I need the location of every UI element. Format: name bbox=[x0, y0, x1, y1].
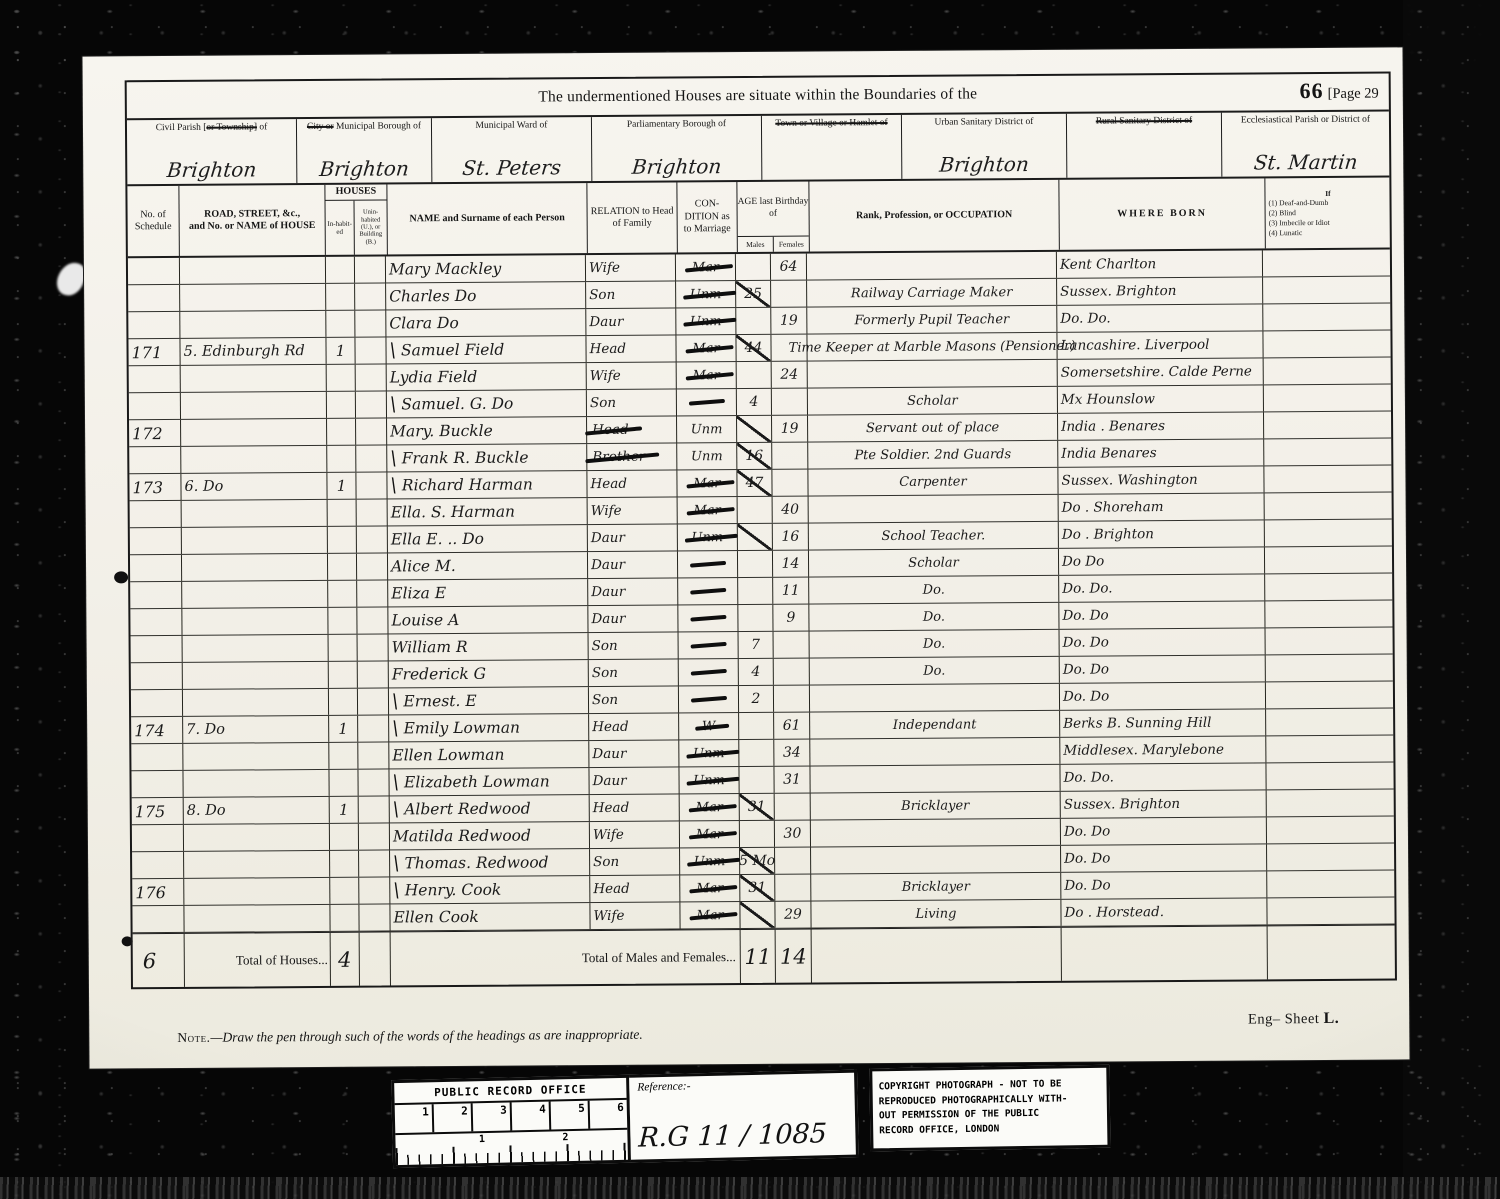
boundary-header-cell: Civil Parish [or Township] ofBrighton bbox=[127, 119, 297, 184]
cell-relation: Son bbox=[589, 659, 679, 686]
cell-age-female bbox=[774, 686, 810, 712]
cell-infirmity bbox=[1266, 681, 1393, 708]
col-header-age: AGE last Birthday of Males Females bbox=[737, 182, 809, 253]
cell-uninhabited bbox=[356, 473, 387, 499]
cell-name: Ellen Cook bbox=[390, 903, 590, 930]
cell-uninhabited bbox=[357, 607, 388, 633]
cell-condition bbox=[678, 605, 738, 631]
cell-schedule: 173 bbox=[129, 474, 181, 500]
cell-inhabited: 1 bbox=[329, 716, 358, 742]
page-number: [Page 29 bbox=[1328, 86, 1379, 102]
col-header-occupation: Rank, Profession, or OCCUPATION bbox=[809, 180, 1059, 252]
condition-strike-mark bbox=[690, 642, 726, 649]
cell-schedule bbox=[128, 285, 180, 311]
cell-infirmity bbox=[1266, 654, 1393, 681]
folio-number: 66[Page 29 bbox=[1300, 78, 1379, 105]
footer-row: Note.—Draw the pen through such of the w… bbox=[131, 1010, 1391, 1047]
cell-uninhabited bbox=[356, 446, 387, 472]
cell-name: \Ernest. E bbox=[389, 687, 589, 714]
boundary-label: Parliamentary Borough of bbox=[592, 119, 761, 132]
cell-uninhabited bbox=[355, 257, 386, 283]
household-separator-mark: \ bbox=[391, 798, 401, 821]
cell-where-born: Do. Do. bbox=[1060, 763, 1266, 790]
cell-schedule bbox=[132, 906, 184, 932]
boundary-label: Ecclesiastical Parish or District of bbox=[1222, 115, 1389, 128]
col-header-condition: CON- DITION as to Marriage bbox=[677, 182, 737, 252]
reference-stamp: Reference:- R.G 11 / 1085 bbox=[629, 1070, 859, 1163]
cell-infirmity bbox=[1265, 573, 1392, 600]
cell-age-female: 34 bbox=[774, 740, 810, 766]
cell-name: Matilda Redwood bbox=[390, 822, 590, 849]
cell-uninhabited bbox=[356, 392, 387, 418]
cell-age-male: 7 bbox=[739, 632, 774, 658]
cell-inhabited bbox=[327, 419, 356, 445]
cell-inhabited bbox=[328, 608, 357, 634]
reference-label: Reference:- bbox=[629, 1073, 854, 1094]
cell-age-female: 29 bbox=[775, 902, 811, 928]
cell-age-male bbox=[737, 416, 772, 442]
cell-relation: Son bbox=[586, 281, 676, 308]
cell-relation: Daur bbox=[588, 605, 678, 632]
cell-relation: Brother bbox=[587, 443, 677, 470]
cell-occupation: Servant out of place bbox=[808, 414, 1058, 442]
cell-road bbox=[181, 446, 327, 473]
cell-schedule bbox=[129, 447, 181, 473]
cell-schedule bbox=[129, 393, 181, 419]
cell-age-male: 4 bbox=[737, 389, 772, 415]
cell-schedule: 175 bbox=[132, 798, 184, 824]
cell-schedule bbox=[130, 501, 182, 527]
cell-relation: Daur bbox=[588, 524, 678, 551]
cell-inhabited bbox=[329, 743, 358, 769]
cell-road bbox=[184, 905, 330, 932]
household-separator-mark: \ bbox=[390, 717, 400, 740]
cell-uninhabited bbox=[358, 769, 389, 795]
public-record-office-stamp: PUBLIC RECORD OFFICE 123456 1 2 bbox=[391, 1075, 631, 1168]
cell-schedule bbox=[128, 312, 180, 338]
cell-where-born: Sussex. Brighton bbox=[1057, 277, 1263, 304]
cell-occupation bbox=[810, 765, 1060, 793]
cell-condition: Unm bbox=[678, 524, 738, 550]
cell-age-male: 31 bbox=[740, 875, 775, 901]
cell-age-male bbox=[736, 254, 771, 280]
boundary-value-handwritten: Brighton bbox=[296, 156, 432, 181]
cell-occupation: Railway Carriage Maker bbox=[807, 279, 1057, 307]
cell-age-male: 44 bbox=[736, 335, 771, 361]
cell-occupation: Formerly Pupil Teacher bbox=[807, 306, 1057, 334]
cell-where-born: Do. Do bbox=[1061, 871, 1267, 898]
boundary-header-cell: Municipal Ward ofSt. Peters bbox=[432, 117, 592, 182]
cell-age-female: 30 bbox=[775, 821, 811, 847]
cell-infirmity bbox=[1266, 735, 1393, 762]
cell-inhabited bbox=[327, 365, 356, 391]
cell-occupation: Living bbox=[811, 900, 1061, 928]
cell-name: Eliza E bbox=[388, 579, 588, 606]
cell-road: 6. Do bbox=[181, 473, 327, 500]
cell-occupation bbox=[811, 819, 1061, 847]
cell-schedule: 171 bbox=[128, 339, 180, 365]
cell-infirmity bbox=[1265, 546, 1392, 573]
cell-age-female bbox=[774, 632, 810, 658]
cell-schedule bbox=[130, 555, 182, 581]
cell-name: \Thomas. Redwood bbox=[390, 849, 590, 876]
cell-condition: Unm bbox=[679, 740, 739, 766]
cell-uninhabited bbox=[359, 904, 390, 930]
cell-road bbox=[181, 419, 327, 446]
cell-relation: Son bbox=[589, 632, 679, 659]
cell-occupation: Scholar bbox=[809, 549, 1059, 577]
cell-name: \Frank R. Buckle bbox=[387, 444, 587, 471]
totals-houses-label: Total of Houses... bbox=[185, 933, 331, 987]
cell-age-male bbox=[740, 821, 775, 847]
cell-name: \Samuel Field bbox=[386, 336, 586, 363]
cell-infirmity bbox=[1265, 519, 1392, 546]
cell-uninhabited bbox=[356, 365, 387, 391]
cell-inhabited bbox=[327, 392, 356, 418]
cell-name: Ella. S. Harman bbox=[388, 498, 588, 525]
cell-uninhabited bbox=[356, 419, 387, 445]
cell-road bbox=[183, 689, 329, 716]
cell-condition bbox=[678, 578, 738, 604]
cell-age-male bbox=[738, 524, 773, 550]
condition-strike-mark bbox=[690, 588, 726, 595]
cell-schedule bbox=[132, 825, 184, 851]
boundary-label: Civil Parish [or Township] of bbox=[127, 122, 296, 135]
cell-road bbox=[183, 743, 329, 770]
cell-age-male bbox=[738, 497, 773, 523]
copyright-stamp: COPYRIGHT PHOTOGRAPH - NOT TO BEREPRODUC… bbox=[869, 1065, 1110, 1152]
household-separator-mark: \ bbox=[392, 879, 402, 902]
cell-uninhabited bbox=[355, 338, 386, 364]
household-separator-mark: \ bbox=[391, 852, 401, 875]
cell-schedule bbox=[130, 582, 182, 608]
hole-punch bbox=[114, 571, 128, 583]
cell-name: \Samuel. G. Do bbox=[387, 390, 587, 417]
totals-houses-value: 4 bbox=[331, 933, 360, 986]
cell-uninhabited bbox=[357, 527, 388, 553]
cell-condition: Unm bbox=[677, 443, 737, 469]
cell-name: Alice M. bbox=[388, 552, 588, 579]
cell-condition: Unm bbox=[676, 281, 736, 307]
cell-road: 5. Edinburgh Rd bbox=[180, 338, 326, 365]
cell-where-born: Somersetshire. Calde Perne bbox=[1058, 358, 1264, 385]
cell-schedule bbox=[131, 771, 183, 797]
cell-relation: Daur bbox=[589, 740, 679, 767]
cell-condition: Mar bbox=[680, 875, 740, 901]
cell-road bbox=[180, 257, 326, 284]
cell-condition bbox=[679, 659, 739, 685]
condition-strike-mark bbox=[688, 399, 724, 406]
cell-schedule bbox=[128, 258, 180, 284]
cell-where-born: Do . Brighton bbox=[1059, 520, 1265, 547]
cell-relation: Head bbox=[587, 470, 677, 497]
col-header-name: NAME and Surname of each Person bbox=[387, 183, 587, 254]
cell-infirmity bbox=[1264, 384, 1391, 411]
cell-occupation: Do. bbox=[810, 630, 1060, 658]
cell-schedule: 172 bbox=[129, 420, 181, 446]
cell-relation: Wife bbox=[586, 254, 676, 281]
cell-road bbox=[184, 824, 330, 851]
cell-name: Mary Mackley bbox=[386, 255, 586, 282]
cell-road bbox=[183, 770, 329, 797]
cell-where-born: Do. Do bbox=[1061, 817, 1267, 844]
boundary-value-handwritten: Brighton bbox=[591, 154, 762, 179]
cell-condition: Mar bbox=[677, 470, 737, 496]
cell-uninhabited bbox=[358, 742, 389, 768]
cell-age-female: 61 bbox=[774, 713, 810, 739]
form-title: The undermentioned Houses are situate wi… bbox=[127, 83, 1389, 110]
scan-edge-bottom-grain bbox=[0, 1177, 1500, 1199]
cell-road bbox=[180, 284, 326, 311]
cell-relation: Head bbox=[590, 794, 680, 821]
cell-where-born: Middlesex. Marylebone bbox=[1060, 736, 1266, 763]
boundary-header-cell: Ecclesiastical Parish or District ofSt. … bbox=[1222, 112, 1389, 177]
cell-schedule bbox=[131, 744, 183, 770]
census-form: The undermentioned Houses are situate wi… bbox=[125, 71, 1397, 989]
cell-road bbox=[180, 311, 326, 338]
cell-name: Mary. Buckle bbox=[387, 417, 587, 444]
cell-occupation bbox=[807, 252, 1057, 280]
cell-infirmity bbox=[1266, 762, 1393, 789]
boundary-value-handwritten: St. Martin bbox=[1221, 149, 1390, 174]
cell-relation: Head bbox=[590, 875, 680, 902]
cell-age-male: 2 bbox=[739, 686, 774, 712]
cell-age-female: 31 bbox=[774, 767, 810, 793]
cell-infirmity bbox=[1266, 627, 1393, 654]
cell-name: Clara Do bbox=[386, 309, 586, 336]
boundary-value-handwritten bbox=[1067, 175, 1221, 176]
cell-condition: Unm bbox=[677, 416, 737, 442]
cell-age-male: 25 bbox=[736, 281, 771, 307]
boundary-header-cell: Parliamentary Borough ofBrighton bbox=[592, 116, 762, 181]
footnote: Note.—Draw the pen through such of the w… bbox=[177, 1027, 642, 1046]
cell-name: \Elizabeth Lowman bbox=[389, 768, 589, 795]
totals-row: 6 Total of Houses... 4 Total of Males an… bbox=[133, 924, 1395, 987]
cell-condition: Mar bbox=[680, 794, 740, 820]
cell-where-born: Do. Do. bbox=[1057, 304, 1263, 331]
cell-inhabited bbox=[328, 500, 357, 526]
cell-relation: Wife bbox=[588, 497, 678, 524]
cell-where-born: Lancashire. Liverpool bbox=[1057, 331, 1263, 358]
household-separator-mark: \ bbox=[389, 474, 399, 497]
cell-road bbox=[182, 608, 328, 635]
boundary-header-cell: Urban Sanitary District ofBrighton bbox=[902, 114, 1067, 179]
boundary-label: Urban Sanitary District of bbox=[902, 117, 1066, 130]
cell-condition bbox=[679, 632, 739, 658]
cell-inhabited bbox=[327, 446, 356, 472]
cell-infirmity bbox=[1267, 897, 1394, 924]
cell-relation: Son bbox=[590, 848, 680, 875]
cell-name: Lydia Field bbox=[387, 363, 587, 390]
cell-inhabited bbox=[328, 527, 357, 553]
col-header-relation: RELATION to Head of Family bbox=[587, 182, 677, 253]
cell-uninhabited bbox=[357, 553, 388, 579]
cell-age-male bbox=[740, 902, 775, 928]
cell-condition bbox=[679, 686, 739, 712]
reference-value: R.G 11 / 1085 bbox=[638, 1118, 828, 1153]
cell-infirmity bbox=[1263, 276, 1390, 303]
cell-uninhabited bbox=[359, 877, 390, 903]
copyright-line: RECORD OFFICE, LONDON bbox=[879, 1121, 1101, 1139]
cell-where-born: Mx Hounslow bbox=[1058, 385, 1264, 412]
cell-age-male: 47 bbox=[737, 470, 772, 496]
cell-occupation: Do. bbox=[810, 657, 1060, 685]
boundary-value-handwritten bbox=[762, 177, 901, 178]
cell-uninhabited bbox=[358, 634, 389, 660]
cell-schedule: 176 bbox=[132, 879, 184, 905]
cell-name: \Henry. Cook bbox=[390, 876, 590, 903]
table-header-row: No. of Schedule ROAD, STREET, &c.,and No… bbox=[127, 177, 1389, 258]
cell-road bbox=[182, 554, 328, 581]
cell-inhabited bbox=[328, 554, 357, 580]
scan-edge-left bbox=[0, 0, 88, 1199]
cell-age-male: 4 bbox=[739, 659, 774, 685]
cell-condition: Unm bbox=[680, 848, 740, 874]
cell-occupation bbox=[809, 495, 1059, 523]
cell-schedule bbox=[131, 663, 183, 689]
cell-uninhabited bbox=[357, 580, 388, 606]
cell-condition: Mar bbox=[677, 362, 737, 388]
cell-schedule bbox=[132, 852, 184, 878]
cell-where-born: Do. Do. bbox=[1059, 574, 1265, 601]
cell-relation: Head bbox=[586, 335, 676, 362]
totals-schedule: 6 bbox=[133, 934, 185, 987]
archive-stamp-strip: PUBLIC RECORD OFFICE 123456 1 2 Referenc… bbox=[391, 1064, 1111, 1168]
cell-relation: Wife bbox=[587, 362, 677, 389]
census-page: The undermentioned Houses are situate wi… bbox=[82, 47, 1409, 1068]
cell-age-female: 14 bbox=[773, 551, 809, 577]
cell-name: \Albert Redwood bbox=[390, 795, 590, 822]
cell-condition bbox=[678, 551, 738, 577]
cell-condition: Unm bbox=[676, 308, 736, 334]
cell-condition: Mar bbox=[676, 254, 736, 280]
cell-occupation: Bricklayer bbox=[811, 792, 1061, 820]
cell-where-born: India Benares bbox=[1058, 439, 1264, 466]
cell-schedule: 174 bbox=[131, 717, 183, 743]
cell-relation: Daur bbox=[586, 308, 676, 335]
household-separator-mark: \ bbox=[388, 339, 398, 362]
cell-schedule bbox=[130, 609, 182, 635]
scan-edge-right bbox=[1403, 0, 1500, 1199]
cell-relation: Head bbox=[587, 416, 677, 443]
cell-age-male bbox=[739, 767, 774, 793]
cell-age-female: 11 bbox=[773, 578, 809, 604]
cell-schedule bbox=[131, 690, 183, 716]
cell-road: 7. Do bbox=[183, 716, 329, 743]
cell-age-female bbox=[775, 794, 811, 820]
cell-inhabited bbox=[330, 878, 359, 904]
cell-inhabited bbox=[329, 770, 358, 796]
cell-where-born: Do. Do bbox=[1060, 628, 1266, 655]
cell-road bbox=[184, 851, 330, 878]
cell-occupation bbox=[808, 360, 1058, 388]
col-header-road: ROAD, STREET, &c.,and No. or NAME of HOU… bbox=[179, 185, 325, 256]
condition-strike-mark bbox=[690, 669, 726, 676]
cell-age-female bbox=[772, 389, 808, 415]
cell-infirmity bbox=[1267, 789, 1394, 816]
cell-condition: Mar bbox=[680, 821, 740, 847]
cell-age-male bbox=[738, 578, 773, 604]
household-separator-mark: \ bbox=[390, 690, 400, 713]
col-header-females: Females bbox=[774, 237, 809, 252]
col-header-infirmity: If(1) Deaf-and-Dumb(2) Blind(3) Imbecile… bbox=[1265, 177, 1389, 248]
boundary-label: Rural Sanitary District of bbox=[1067, 116, 1221, 129]
household-separator-mark: \ bbox=[389, 447, 399, 470]
condition-strike-mark bbox=[689, 561, 725, 568]
col-header-where-born: WHERE BORN bbox=[1059, 178, 1265, 249]
cell-inhabited: 1 bbox=[330, 797, 359, 823]
cell-age-female bbox=[771, 281, 807, 307]
condition-strike-mark bbox=[690, 615, 726, 622]
cell-where-born: Kent Charlton bbox=[1057, 250, 1263, 277]
cell-occupation bbox=[810, 684, 1060, 712]
cell-where-born: Do Do bbox=[1059, 547, 1265, 574]
cell-relation: Wife bbox=[590, 902, 680, 929]
cell-age-female: 19 bbox=[772, 416, 808, 442]
cell-road bbox=[182, 581, 328, 608]
cell-where-born: Do. Do bbox=[1061, 844, 1267, 871]
cell-where-born: Do . Shoreham bbox=[1059, 493, 1265, 520]
cell-condition: Unm bbox=[679, 767, 739, 793]
cell-infirmity bbox=[1264, 465, 1391, 492]
cell-occupation: Do. bbox=[809, 603, 1059, 631]
cell-condition: Mar bbox=[680, 902, 740, 928]
cell-occupation: Time Keeper at Marble Masons (Pensioner) bbox=[807, 333, 1057, 361]
cell-infirmity bbox=[1267, 816, 1394, 843]
cell-road bbox=[182, 500, 328, 527]
cell-name: Louise A bbox=[388, 606, 588, 633]
cell-uninhabited bbox=[359, 796, 390, 822]
cell-infirmity bbox=[1267, 843, 1394, 870]
cell-name: Charles Do bbox=[386, 282, 586, 309]
table-body: Mary MackleyWifeMar64Kent CharltonCharle… bbox=[128, 249, 1395, 933]
cell-age-male bbox=[738, 605, 773, 631]
cell-where-born: Do. Do bbox=[1059, 601, 1265, 628]
boundary-header-cell: Rural Sanitary District of bbox=[1067, 113, 1222, 178]
cell-schedule bbox=[131, 636, 183, 662]
cell-where-born: Do. Do bbox=[1060, 682, 1266, 709]
cell-name: \Richard Harman bbox=[387, 471, 587, 498]
cell-road bbox=[181, 365, 327, 392]
cell-uninhabited bbox=[357, 500, 388, 526]
cell-age-male bbox=[738, 551, 773, 577]
cell-age-female bbox=[774, 659, 810, 685]
cell-name: \Emily Lowman bbox=[389, 714, 589, 741]
cell-infirmity bbox=[1264, 357, 1391, 384]
cell-age-female bbox=[772, 443, 808, 469]
cell-condition: W bbox=[679, 713, 739, 739]
cell-uninhabited bbox=[359, 823, 390, 849]
cell-inhabited bbox=[328, 581, 357, 607]
boundary-label: Municipal Ward of bbox=[432, 120, 591, 133]
cell-age-female: 40 bbox=[773, 497, 809, 523]
col-header-houses: HOUSES In-habit-ed Unin-habited (U.), or… bbox=[325, 184, 387, 254]
cell-inhabited bbox=[329, 689, 358, 715]
cell-name: William R bbox=[389, 633, 589, 660]
cell-infirmity bbox=[1263, 330, 1390, 357]
cell-relation: Son bbox=[587, 389, 677, 416]
cell-where-born: Sussex. Washington bbox=[1058, 466, 1264, 493]
cell-relation: Daur bbox=[588, 578, 678, 605]
ruler-scale-icon: 123456 bbox=[395, 1098, 628, 1135]
cell-relation: Wife bbox=[590, 821, 680, 848]
cell-schedule bbox=[129, 366, 181, 392]
cell-inhabited bbox=[330, 851, 359, 877]
boundary-label: Town or Village or Hamlet of bbox=[762, 118, 901, 131]
cell-age-male: 31 bbox=[740, 794, 775, 820]
cell-road bbox=[183, 635, 329, 662]
totals-females: 14 bbox=[776, 930, 812, 983]
